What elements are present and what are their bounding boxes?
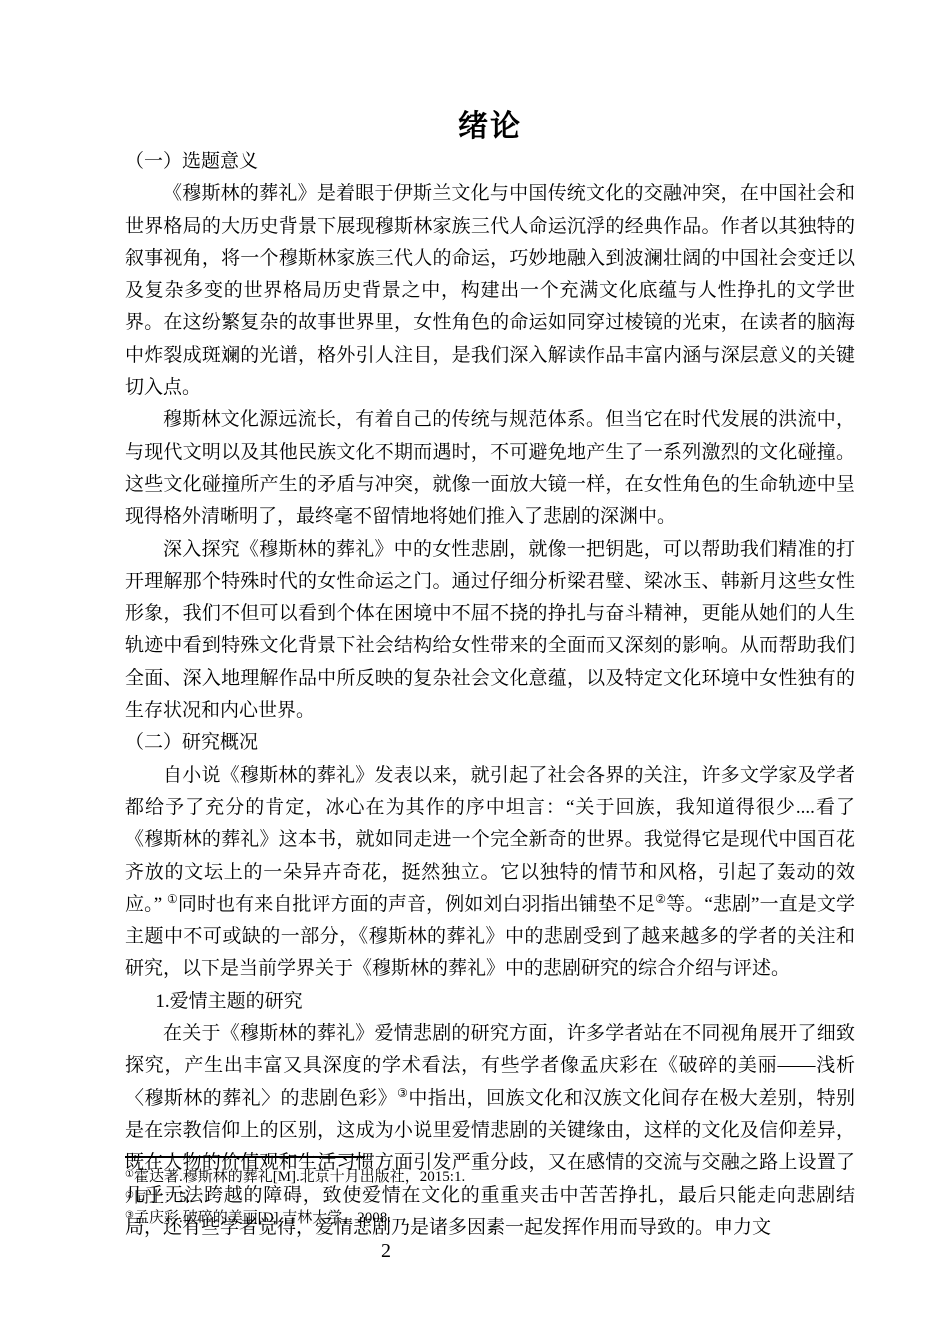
section-2-heading: （二）研究概况 [125, 727, 855, 759]
footnote-3-marker: ③ [125, 1210, 134, 1221]
footnote-1-text: 霍达著.穆斯林的葬礼[M].北京十月出版社，2015:1. [134, 1169, 465, 1185]
footnote-reference: ① [167, 892, 178, 906]
footnote-1-marker: ① [125, 1169, 134, 1180]
paragraph-3: 深入探究《穆斯林的葬礼》中的女性悲剧，就像一把钥匙，可以帮助我们精准的打开理解那… [125, 534, 855, 728]
footnote-3: ③孟庆彩.破碎的美丽[D].吉林大学，2008. [125, 1208, 855, 1229]
document-page: 绪论 （一）选题意义 《穆斯林的葬礼》是着眼于伊斯兰文化与中国传统文化的交融冲突… [0, 0, 950, 1344]
footnote-2-marker: ② [125, 1190, 134, 1201]
footnote-2: ②同上：5. [125, 1188, 855, 1209]
document-body: （一）选题意义 《穆斯林的葬礼》是着眼于伊斯兰文化与中国传统文化的交融冲突，在中… [125, 146, 855, 1244]
footnote-reference: ② [655, 892, 666, 906]
subsection-1-heading: 1.爱情主题的研究 [125, 986, 855, 1018]
footnote-2-text: 同上：5. [134, 1190, 190, 1206]
paragraph-1: 《穆斯林的葬礼》是着眼于伊斯兰文化与中国传统文化的交融冲突，在中国社会和世界格局… [125, 178, 855, 404]
section-1-heading: （一）选题意义 [125, 146, 855, 178]
footnotes-block: ①霍达著.穆斯林的葬礼[M].北京十月出版社，2015:1. ②同上：5. ③孟… [125, 1156, 855, 1229]
footnote-1: ①霍达著.穆斯林的葬礼[M].北京十月出版社，2015:1. [125, 1167, 855, 1188]
paragraph-4: 自小说《穆斯林的葬礼》发表以来，就引起了社会各界的关注，许多文学家及学者都给予了… [125, 760, 855, 986]
footnote-reference: ③ [397, 1086, 408, 1100]
footnote-3-text: 孟庆彩.破碎的美丽[D].吉林大学，2008. [134, 1210, 391, 1226]
footnote-separator-rule [125, 1156, 365, 1158]
page-number: 2 [348, 1238, 424, 1264]
paragraph-2: 穆斯林文化源远流长，有着自己的传统与规范体系。但当它在时代发展的洪流中，与现代文… [125, 404, 855, 533]
page-title: 绪论 [125, 108, 855, 146]
